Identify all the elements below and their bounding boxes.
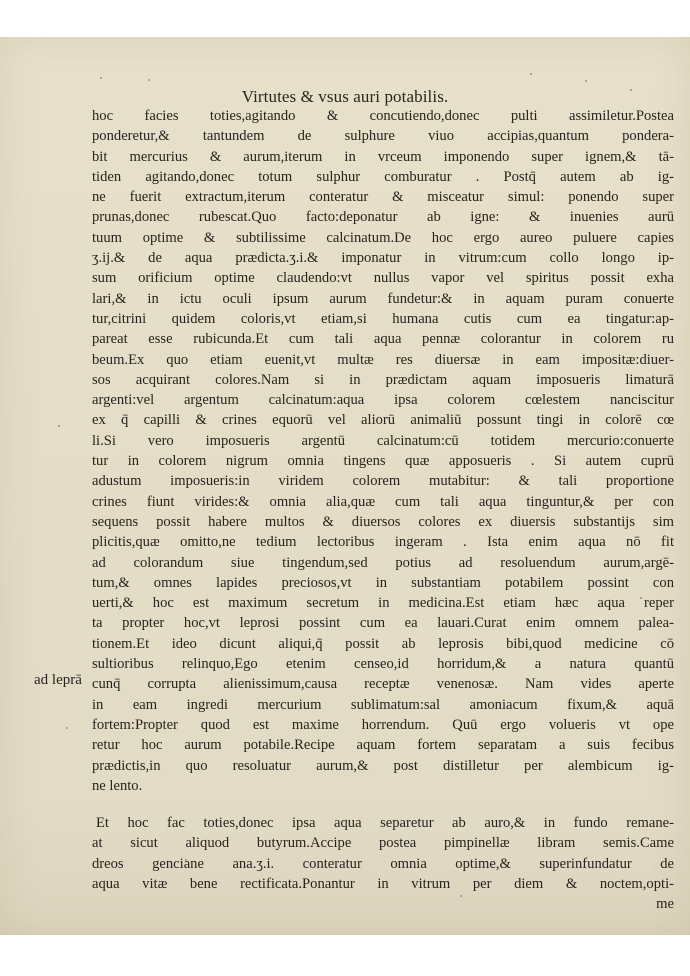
- text-line: ta propter hoc,vt leprosi possint cum ea…: [92, 613, 674, 633]
- text-line: ne lento.: [92, 776, 674, 796]
- text-line: lari,& in ictu oculi ipsum aurum fundetu…: [92, 289, 674, 309]
- ink-speck: [100, 77, 102, 79]
- body-text: hoc facies toties,agitando & concutiendo…: [92, 106, 674, 915]
- text-line: sequens possit habere multos & diuersos …: [92, 512, 674, 532]
- text-line: tum,& omnes lapides preciosos,vt in subs…: [92, 573, 674, 593]
- text-line: cunq̄ corrupta alienissimum,causa recept…: [92, 674, 674, 694]
- text-line: tionem.Et ideo dicunt aliqui,q̄ possit a…: [92, 634, 674, 654]
- catchword: me: [92, 894, 674, 914]
- ink-speck: [630, 89, 632, 91]
- text-line: fortem:Propter quod est maxime horrendum…: [92, 715, 674, 735]
- scanned-page: Virtutes & vsus auri potabilis. hoc faci…: [0, 37, 690, 935]
- text-line: aqua vitæ bene rectificata.Ponantur in v…: [92, 874, 674, 894]
- text-line: ad colorandum siue tingendum,sed potius …: [92, 553, 674, 573]
- text-line: retur hoc aurum potabile.Recipe aquam fo…: [92, 735, 674, 755]
- ink-speck: [585, 80, 587, 82]
- text-line: plicitis,quæ omitto,ne tedium lectoribus…: [92, 532, 674, 552]
- paragraph-1: hoc facies toties,agitando & concutiendo…: [92, 106, 674, 796]
- text-line: ne fuerit extractum,iterum conteratur & …: [92, 187, 674, 207]
- text-line: tiden agitando,donec totum sulphur combu…: [92, 167, 674, 187]
- text-line: tur,citrini quidem coloris,vt etiam,si h…: [92, 309, 674, 329]
- ink-speck: [58, 425, 60, 427]
- text-line: adustum imposueris:in viridem colorem mu…: [92, 471, 674, 491]
- text-line: ex q̄ capilli & crines equorū vel aliorū…: [92, 410, 674, 430]
- text-line: sum orificium optime claudendo:vt nullus…: [92, 268, 674, 288]
- text-line: hoc facies toties,agitando & concutiendo…: [92, 106, 674, 126]
- text-line: sos acquirant colores.Nam si in prædicta…: [92, 370, 674, 390]
- text-line: in eam ingredi mercurium sublimatum:sal …: [92, 695, 674, 715]
- ink-speck: [66, 727, 68, 729]
- text-line: prunas,donec rubescat.Quo facto:deponatu…: [92, 207, 674, 227]
- text-line: crines fiunt virides:& omnia alia,quæ cu…: [92, 492, 674, 512]
- margin-note: ad leprā: [34, 672, 82, 689]
- text-line: at sicut aliquod butyrum.Accipe postea p…: [92, 833, 674, 853]
- text-line: uerti,& hoc est maximum secretum in medi…: [92, 593, 674, 613]
- ink-speck: [148, 79, 150, 81]
- text-line: bit mercurius & aurum,iterum in vrceum i…: [92, 147, 674, 167]
- text-line: li.Si vero imposueris argentū calcinatum…: [92, 431, 674, 451]
- running-head: Virtutes & vsus auri potabilis.: [0, 87, 690, 107]
- text-line: beum.Ex quo etiam euenit,vt multæ res di…: [92, 350, 674, 370]
- text-line: Et hoc fac toties,donec ipsa aqua separe…: [92, 813, 674, 833]
- text-line: prædictis,in quo resoluatur aurum,& post…: [92, 756, 674, 776]
- text-line: pareat esse rubicunda.Et cum tali aqua p…: [92, 329, 674, 349]
- ink-speck: [460, 895, 462, 897]
- text-line: argenti:vel argentum calcinatum:aqua ips…: [92, 390, 674, 410]
- text-line: sultioribus relinquo,Ego etenim censeo,i…: [92, 654, 674, 674]
- ink-speck: [530, 73, 532, 75]
- text-line: tuum optime & subtilissime calcinatum.De…: [92, 228, 674, 248]
- ink-speck: [640, 597, 642, 599]
- paragraph-2: Et hoc fac toties,donec ipsa aqua separe…: [92, 813, 674, 914]
- text-line: ʒ.ij.& de aqua prædicta.ʒ.i.& imponatur …: [92, 248, 674, 268]
- text-line: tur in colorem nigrum omnia tingens quæ …: [92, 451, 674, 471]
- text-line: ponderetur,& tantundem de sulphure viuo …: [92, 126, 674, 146]
- text-line: dreos genciane ana.ʒ.i. conteratur omnia…: [92, 854, 674, 874]
- ink-speck: [185, 859, 187, 861]
- paragraph-gap: [92, 796, 674, 813]
